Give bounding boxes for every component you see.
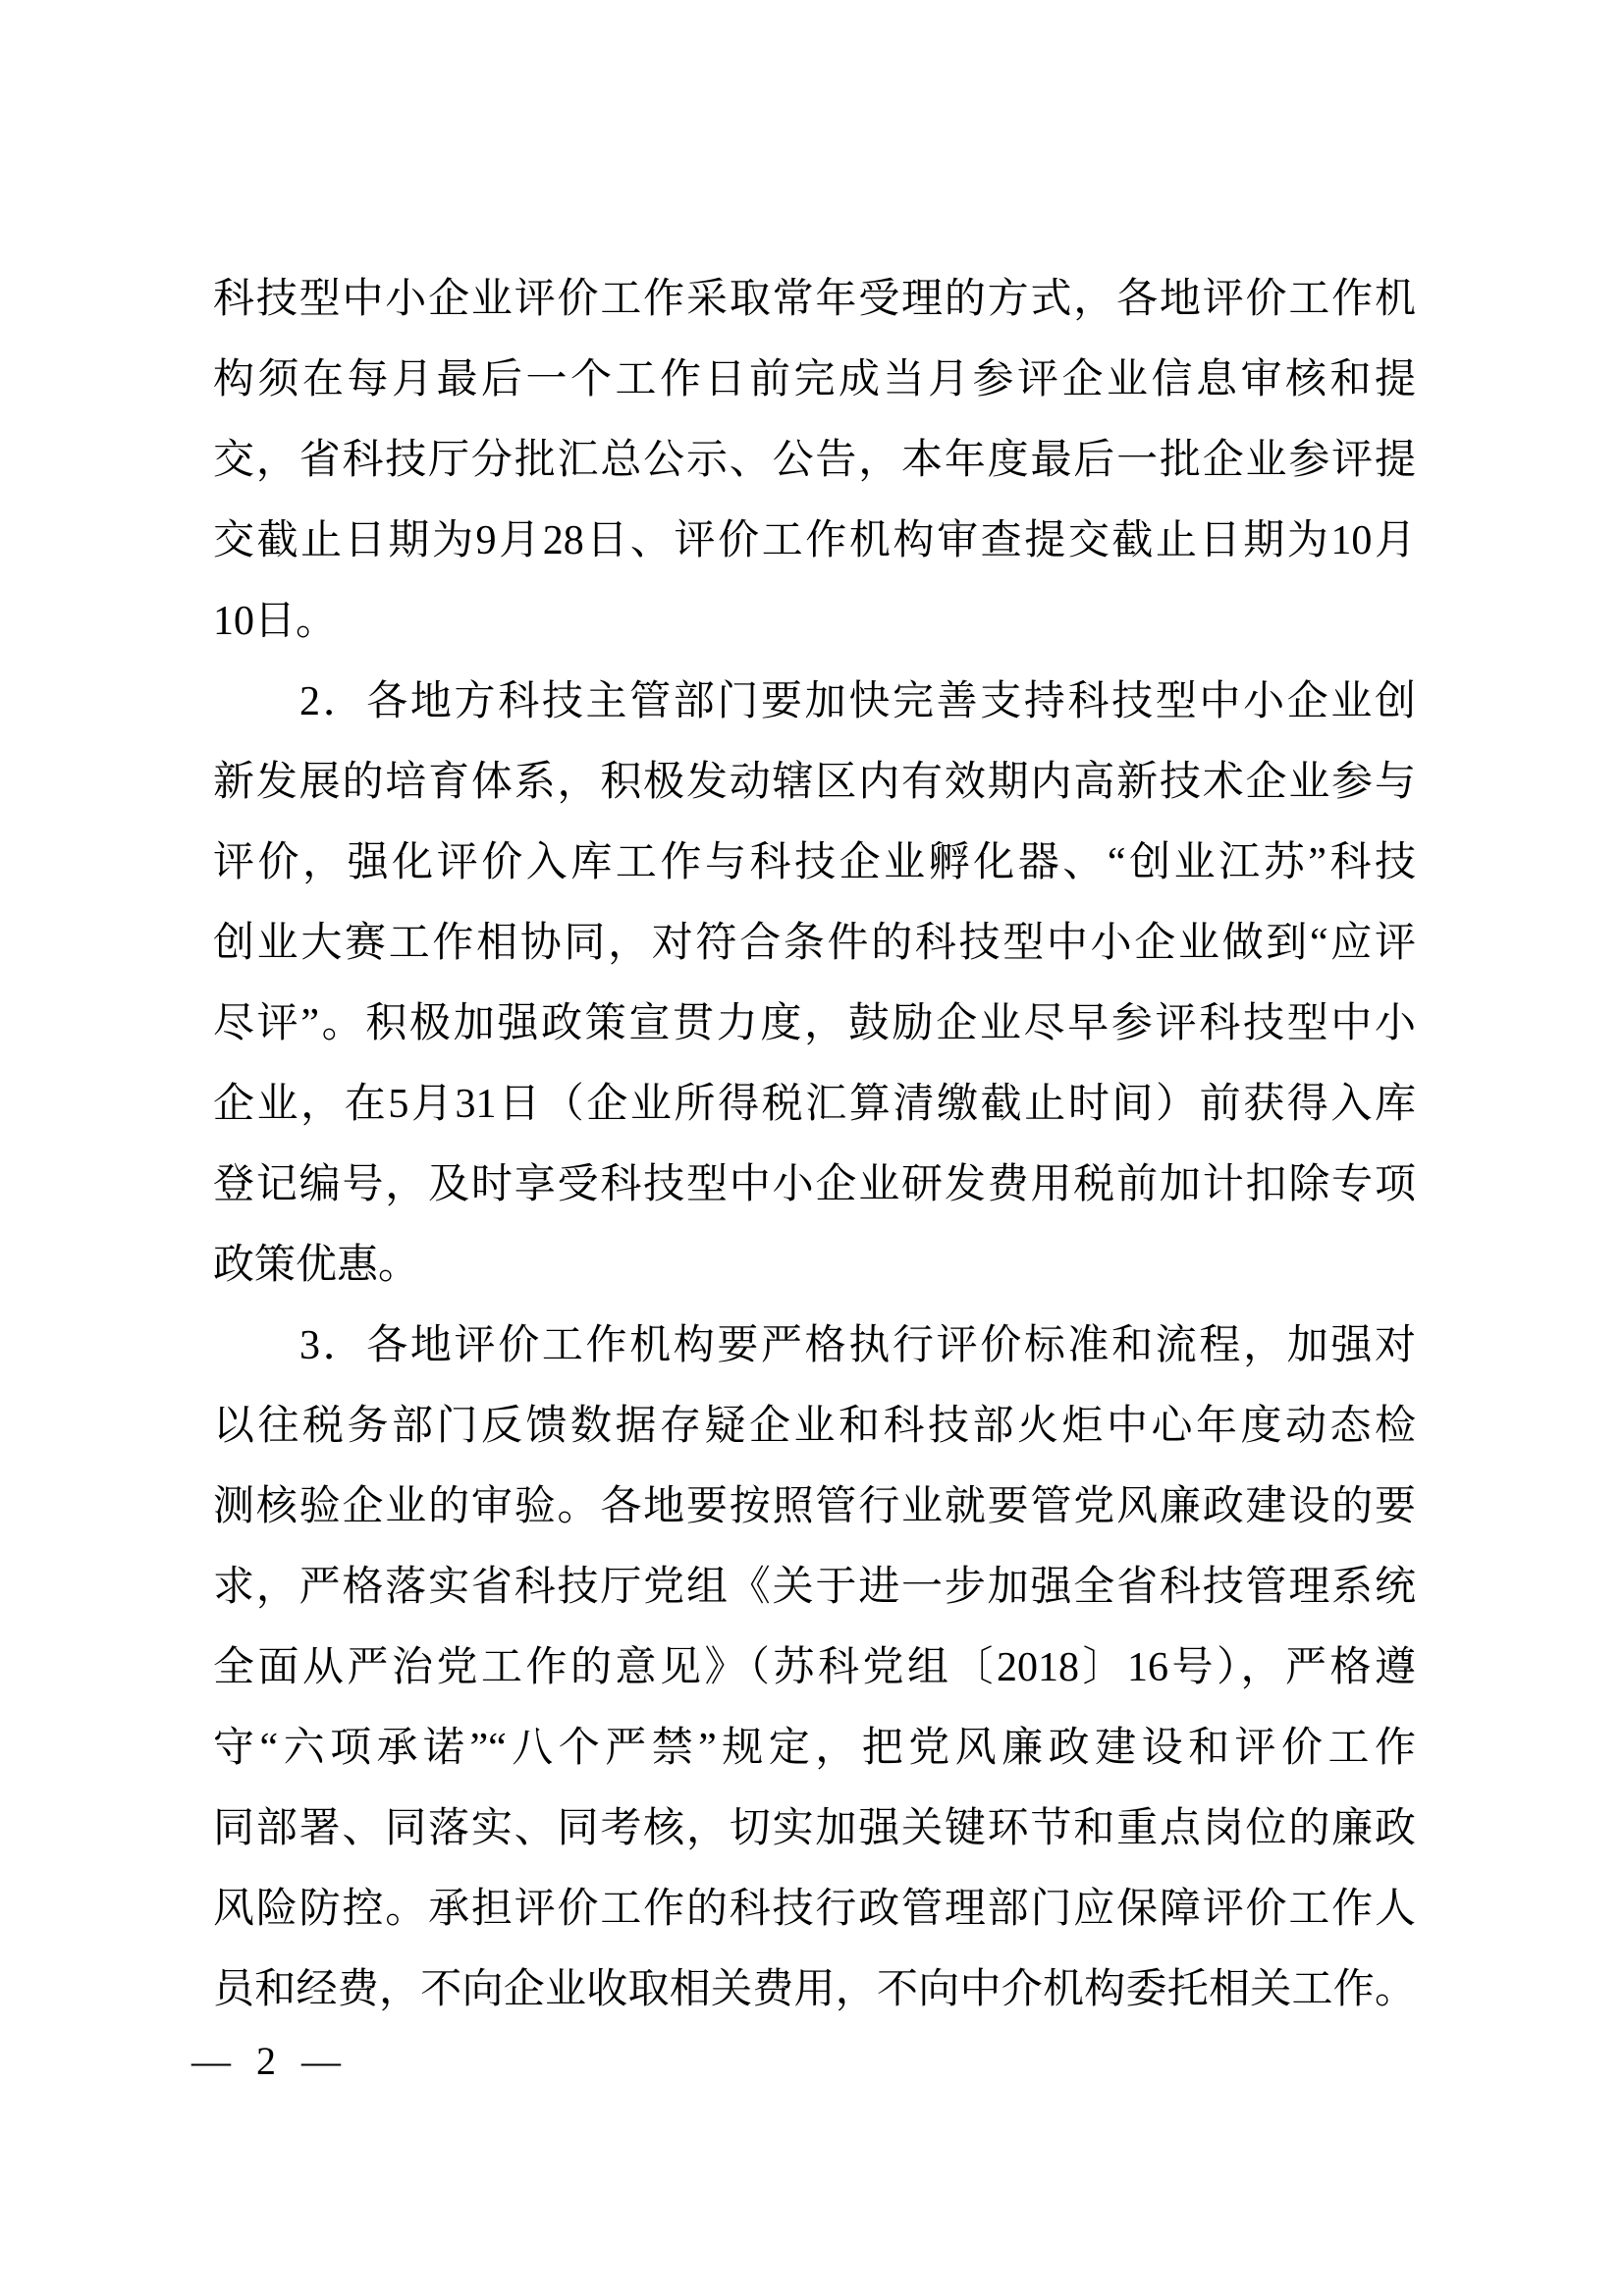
text-line-4: 交截止日期为9月28日、评价工作机构审查提交截止日期为10月 — [213, 501, 1416, 581]
text-line-7: 新发展的培育体系，积极发动辖区内有效期内高新技术企业参与 — [213, 742, 1416, 823]
document-body: 科技型中小企业评价工作采取常年受理的方式，各地评价工作机 构须在每月最后一个工作… — [213, 259, 1416, 2030]
text-line-2: 构须在每月最后一个工作日前完成当月参评企业信息审核和提 — [213, 340, 1416, 420]
text-line-9: 创业大赛工作相协同，对符合条件的科技型中小企业做到“应评 — [213, 903, 1416, 984]
text-line-14: 3．各地评价工作机构要严格执行评价标准和流程，加强对 — [213, 1306, 1416, 1386]
text-line-3: 交，省科技厅分批汇总公示、公告，本年度最后一批企业参评提 — [213, 420, 1416, 501]
text-line-1: 科技型中小企业评价工作采取常年受理的方式，各地评价工作机 — [213, 259, 1416, 340]
text-line-8: 评价，强化评价入库工作与科技企业孵化器、“创业江苏”科技 — [213, 823, 1416, 903]
text-line-20: 同部署、同落实、同考核，切实加强关键环节和重点岗位的廉政 — [213, 1789, 1416, 1869]
text-line-21: 风险防控。承担评价工作的科技行政管理部门应保障评价工作人 — [213, 1869, 1416, 1949]
text-line-10: 尽评”。积极加强政策宣贯力度，鼓励企业尽早参评科技型中小 — [213, 984, 1416, 1064]
text-line-13: 政策优惠。 — [213, 1225, 1416, 1306]
text-line-12: 登记编号，及时享受科技型中小企业研发费用税前加计扣除专项 — [213, 1145, 1416, 1225]
text-line-19: 守“六项承诺”“八个严禁”规定，把党风廉政建设和评价工作 — [213, 1708, 1416, 1789]
text-line-5: 10日。 — [213, 581, 1416, 662]
text-line-22: 员和经费，不向企业收取相关费用，不向中介机构委托相关工作。 — [213, 1949, 1416, 2030]
page-number: — 2 — — [191, 2034, 349, 2089]
text-line-18: 全面从严治党工作的意见》（苏科党组〔2018〕16号），严格遵 — [213, 1628, 1416, 1708]
text-line-15: 以往税务部门反馈数据存疑企业和科技部火炬中心年度动态检 — [213, 1386, 1416, 1467]
text-line-17: 求，严格落实省科技厅党组《关于进一步加强全省科技管理系统 — [213, 1547, 1416, 1628]
text-line-16: 测核验企业的审验。各地要按照管行业就要管党风廉政建设的要 — [213, 1467, 1416, 1547]
text-line-6: 2．各地方科技主管部门要加快完善支持科技型中小企业创 — [213, 662, 1416, 742]
document-page: 科技型中小企业评价工作采取常年受理的方式，各地评价工作机 构须在每月最后一个工作… — [0, 0, 1624, 2296]
text-line-11: 企业，在5月31日（企业所得税汇算清缴截止时间）前获得入库 — [213, 1064, 1416, 1145]
